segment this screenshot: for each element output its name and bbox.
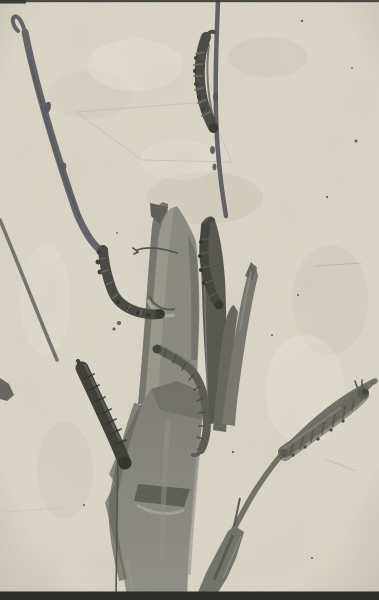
- vignette-overlay: [0, 0, 379, 600]
- top-edge-line: [0, 0, 379, 2]
- top-left-edge-thick: [0, 0, 26, 4]
- caterpillars-on-corn-plant-photo: [0, 0, 379, 600]
- photograph-frame: [0, 0, 379, 600]
- bottom-dark-band: [0, 592, 379, 600]
